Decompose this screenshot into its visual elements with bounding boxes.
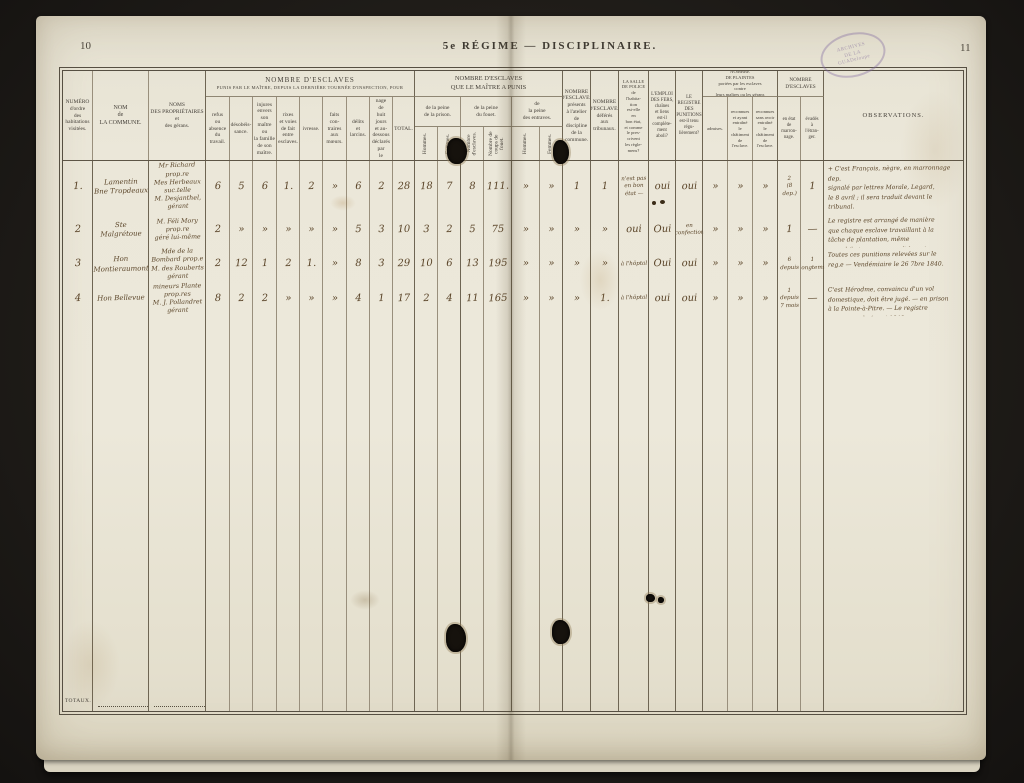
col-header-emploi-des-fers: L'EMPLOI DES FERS, chaînes et liens est-… (649, 71, 676, 161)
archive-stamp-text: ARCHIVES DE LA GUADeloupe (835, 42, 872, 69)
burn-hole (553, 140, 569, 164)
cell-r1-plaintes-reconnues-1: » (727, 161, 754, 214)
col-header-faits-contraires: faits con- traires aux mœurs. (323, 97, 347, 161)
col-header-tribunaux: NOMBRE D'ESCLAVES déférés aux tribunaux. (591, 71, 619, 161)
cell-r2-ivresse: » (299, 213, 323, 248)
cell-r1-delits: 6 (346, 161, 371, 214)
group-header-punis: NOMBRE D'ESCLAVESPUNIS PAR LE MAÎTRE, DE… (206, 71, 415, 97)
cell-r4-injures: 2 (252, 282, 277, 317)
cell-r4-faits-contraires: » (322, 282, 347, 317)
group-header-punis-subtitle: PUNIS PAR LE MAÎTRE, DEPUIS LA DERNIÈRE … (217, 85, 404, 91)
cell-r2-tribunaux: » (590, 213, 619, 248)
cell-r2-evades: — (800, 213, 824, 248)
cell-r3-proprietaires: Mde de la Bombard prop.e M. des Rouberts… (149, 246, 207, 282)
cell-r3-total: 29 (392, 247, 415, 283)
cell-r3-ivresse: 1. (299, 247, 323, 283)
cell-r1-commune: Lamentin Bne Tropdeaux (92, 160, 149, 213)
cell-r2-prison-femmes: 2 (437, 213, 461, 248)
cell-r1-entraves-hommes: » (511, 161, 541, 214)
cell-r1-tribunaux: 1 (590, 161, 620, 214)
col-header-desobeissance: désobéis- sance. (230, 97, 253, 161)
group-header-plaintes: NOMBRE DE PLAINTES portées par les escla… (703, 71, 778, 97)
col-header-salle-de-police: LA SALLE DE POLICE de l'habita- tion est… (619, 71, 649, 161)
right-page-number: 11 (960, 42, 971, 54)
col-header-fouet-nombre-coups: Nombre de coups de fouet. (484, 127, 512, 161)
col-header-ivresse: ivresse. (300, 97, 323, 161)
burn-hole (552, 620, 570, 644)
cell-r3-prison-femmes: 6 (437, 247, 461, 283)
cell-r2-fouet-esclaves: 5 (460, 213, 484, 248)
cell-r1-salle-de-police: n'est pas en bon état — (618, 161, 649, 214)
cell-r2-desobeissance: » (229, 213, 253, 248)
col-header-esclaves-marronnage: en état de marron- nage. (778, 97, 801, 161)
cell-r3-entraves-femmes: » (539, 247, 563, 283)
cell-r3-rixes: 2 (276, 247, 300, 283)
register-table: NUMÉRO d'ordre des habitations visitées.… (62, 70, 964, 712)
col-header-prison-hommes-label: Hommes. (423, 133, 429, 154)
cell-r1-registre: oui (675, 161, 704, 214)
worm-hole (658, 597, 664, 603)
cell-r3-fouet-esclaves: 13 (460, 247, 484, 283)
cell-r1-observations: + C'est François, nègre, en marronnage d… (824, 160, 964, 213)
cell-r3-faits-contraires: » (322, 247, 347, 283)
cell-r1-prison-hommes: 18 (414, 161, 439, 214)
cell-r3-atelier: » (562, 247, 591, 283)
col-header-fouet-nombre-coups-label: Nombre de coups de fouet. (489, 128, 506, 160)
cell-r3-observations: Toutes ces punitions relevées sur le reg… (824, 246, 963, 282)
cell-r4-commune: Hon Bellevue (93, 281, 150, 316)
cell-r1-plaintes-admises: » (702, 161, 729, 214)
cell-r1-faits-contraires: » (322, 161, 348, 214)
subgroup-header-fouet: de la peine du fouet. (461, 97, 512, 127)
group-header-esclaves: NOMBRE D'ESCLAVES (778, 71, 824, 97)
totals-leader (93, 691, 149, 711)
cell-r4-prison-hommes: 2 (414, 282, 438, 317)
cell-r3-desobeissance: 12 (229, 247, 253, 283)
cell-r1-marronnage-etat: 2 (8 dep.) (777, 161, 801, 214)
cell-r3-plaintes-admises: » (702, 247, 728, 283)
cell-r4-delits: 4 (346, 282, 370, 317)
cell-r3-plaintes-reconnues-2: » (752, 247, 778, 283)
cell-r1-atelier: 1 (562, 161, 592, 214)
cell-r2-plaintes-reconnues-1: » (727, 213, 753, 248)
cell-r2-plaintes-reconnues-2: » (752, 213, 778, 248)
cell-r3-entraves-hommes: » (511, 247, 540, 283)
scanned-register-photo: 10 11 5e RÉGIME — DISCIPLINAIRE. ARCHIVE… (0, 0, 1024, 783)
cell-r3-refus: 2 (205, 247, 230, 283)
col-header-esclaves-evades: évadés à l'étran- ger. (801, 97, 824, 161)
cell-r3-evades: 1 longtems (801, 247, 825, 283)
cell-r2-entraves-femmes: » (539, 213, 563, 248)
cell-r2-fouet-coups: 75 (483, 213, 512, 248)
col-header-entraves-hommes-label: Hommes. (523, 133, 529, 154)
cell-r3-fouet-coups: 195 (483, 247, 512, 283)
cell-r3-prison-hommes: 10 (414, 247, 438, 283)
cell-r3-injures: 1 (252, 247, 277, 283)
cell-r1-ivresse: 2 (299, 161, 324, 214)
cell-r3-delits: 8 (346, 247, 370, 283)
col-header-plaintes-reconnues-sans-chatiment: reconnues sans avoir entraîné le châtime… (753, 97, 778, 161)
header-bottom-rule (63, 160, 963, 161)
cell-r1-entraves-femmes: » (539, 161, 564, 214)
cell-r4-desobeissance: 2 (229, 282, 253, 317)
cell-r2-marronnage-etat: 1 (777, 213, 801, 248)
cell-r4-plaintes-reconnues-2: » (752, 282, 778, 317)
col-header-prison-hommes: Hommes. (415, 127, 438, 161)
cell-r3-numero: 3 (62, 246, 93, 282)
cell-r3-marronnage-8-jours: 3 (369, 247, 393, 283)
cell-r2-registre: en confection (676, 213, 704, 248)
col-header-rixes: rixes et voies de fait entre esclaves. (277, 97, 300, 161)
cell-r1-rixes: 1. (276, 161, 301, 214)
cell-r1-plaintes-reconnues-2: » (752, 161, 779, 214)
cell-r2-proprietaires: M. Féli Mory prop.re géré lui-même (149, 212, 207, 247)
cell-r4-numero: 4 (62, 281, 93, 316)
cell-r4-tribunaux: 1. (590, 282, 619, 317)
totals-label: TOTAUX. (63, 691, 93, 711)
left-page-number: 10 (80, 40, 91, 52)
cell-r4-fouet-esclaves: 11 (460, 282, 484, 317)
cell-r1-proprietaires: Mr Richard prop.re Mes Herbeaux suc.tell… (148, 160, 206, 213)
burn-hole (446, 624, 466, 652)
cell-r1-desobeissance: 5 (229, 161, 254, 214)
col-header-numero: NUMÉRO d'ordre des habitations visitées. (63, 71, 93, 161)
cell-r2-plaintes-admises: » (702, 213, 728, 248)
cell-r1-numero: 1. (62, 160, 94, 213)
cell-r1-prison-femmes: 7 (437, 161, 462, 214)
cell-r2-refus: 2 (205, 213, 230, 248)
col-header-refus: refus ou absence du travail. (206, 97, 230, 161)
cell-r1-fouet-coups: 111. (483, 161, 513, 214)
cell-r4-emploi-des-fers: oui (648, 282, 676, 317)
cell-r4-marronnage-etat: 1 depuis 7 mois (778, 282, 802, 317)
cell-r3-tribunaux: » (590, 247, 619, 283)
cell-r1-total: 28 (392, 161, 416, 214)
col-header-plaintes-reconnues-chatiment: reconnues et ayant entraîné le châtiment… (728, 97, 753, 161)
cell-r2-atelier: » (562, 213, 591, 248)
cell-r1-emploi-des-fers: oui (648, 161, 677, 214)
cell-r1-fouet-esclaves: 8 (460, 161, 485, 214)
ink-blot (652, 201, 656, 205)
cell-r4-ivresse: » (299, 282, 323, 317)
cell-r4-marronnage-8-jours: 1 (369, 282, 393, 317)
cell-r4-proprietaires: mineurs Plante prop.res M. J. Pollandret… (149, 281, 207, 316)
group-header-punis2: NOMBRE D'ESCLAVES QUE LE MAÎTRE A PUNIS (415, 71, 563, 97)
cell-r2-total: 10 (392, 213, 415, 248)
cell-r2-observations: Le registre est arrangé de manière que c… (824, 212, 963, 247)
col-header-plaintes-admises: admises. (703, 97, 728, 161)
cell-r4-refus: 8 (205, 282, 230, 317)
cell-r1-evades: 1 (800, 161, 825, 214)
cell-r4-rixes: » (276, 282, 300, 317)
col-header-delits: délits et larcins. (347, 97, 370, 161)
cell-r2-faits-contraires: » (322, 213, 347, 248)
cell-r3-salle-de-police: à l'hôptal (619, 247, 650, 283)
totals-leader (149, 691, 206, 711)
cell-r1-injures: 6 (252, 161, 278, 214)
cell-r4-fouet-coups: 165 (483, 282, 512, 317)
cell-r3-commune: Hon Montieraumont (93, 246, 150, 282)
cell-r1-marronnage-8-jours: 2 (369, 161, 394, 214)
cell-r2-marronnage-8-jours: 3 (369, 213, 393, 248)
col-header-fouet-nombre-esclaves-label: Nombre d'esclaves. (467, 132, 478, 155)
cell-r4-entraves-femmes: » (539, 282, 563, 317)
cell-r4-prison-femmes: 4 (437, 282, 461, 317)
cell-r3-plaintes-reconnues-1: » (727, 247, 753, 283)
col-header-total: TOTAL. (393, 97, 415, 161)
group-header-punis-title: NOMBRE D'ESCLAVES (265, 76, 355, 85)
col-header-proprietaires: NOMS DES PROPRIÉTAIRES et des gérans. (149, 71, 206, 161)
burn-hole (447, 138, 467, 164)
cell-r3-registre: oui (675, 247, 703, 283)
cell-r4-plaintes-reconnues-1: » (727, 282, 753, 317)
page-title: 5e RÉGIME — DISCIPLINAIRE. (380, 40, 720, 52)
col-header-commune: NOM de LA COMMUNE. (93, 71, 149, 161)
cell-r4-atelier: » (562, 282, 591, 317)
cell-r2-numero: 2 (62, 212, 93, 247)
cell-r2-commune: Ste Malgrétoue (93, 212, 150, 247)
cell-r2-entraves-hommes: » (511, 213, 540, 248)
cell-r4-entraves-hommes: » (511, 282, 540, 317)
cell-r4-salle-de-police: à l'hôptal (619, 282, 650, 317)
cell-r2-salle-de-police: oui (618, 212, 649, 247)
cell-r4-observations: C'est Hérodme, convaincu d'un vol domest… (824, 281, 963, 316)
cell-r4-evades: — (800, 282, 824, 317)
cell-r4-plaintes-admises: » (702, 282, 728, 317)
col-header-registre: LE REGISTRE DES PUNITIONS est-il tenu ré… (676, 71, 703, 161)
cell-r4-registre: oui (675, 282, 703, 317)
col-header-observations: OBSERVATIONS. (824, 71, 963, 161)
cell-r4-total: 17 (392, 282, 415, 317)
cell-r2-injures: » (252, 213, 277, 248)
cell-r2-rixes: » (276, 213, 300, 248)
cell-r1-refus: 6 (205, 161, 231, 214)
subgroup-header-entraves: de la peine des entraves. (512, 97, 563, 127)
col-header-marronnage-8-jours: marron- nage de huit jours et au-dessous… (370, 97, 393, 161)
subgroup-header-prison: de la peine de la prison. (415, 97, 461, 127)
cell-r3-emploi-des-fers: Oui (648, 247, 676, 283)
col-header-injures: injures envers son maître ou la famille … (253, 97, 277, 161)
cell-r2-delits: 5 (346, 213, 370, 248)
ink-blot (660, 200, 665, 204)
cell-r2-prison-hommes: 3 (414, 213, 438, 248)
cell-r3-marronnage-etat: 6 depuis (778, 247, 802, 283)
worm-hole (646, 594, 655, 602)
col-header-entraves-hommes: Hommes. (512, 127, 540, 161)
cell-r2-emploi-des-fers: Oui (648, 213, 676, 248)
